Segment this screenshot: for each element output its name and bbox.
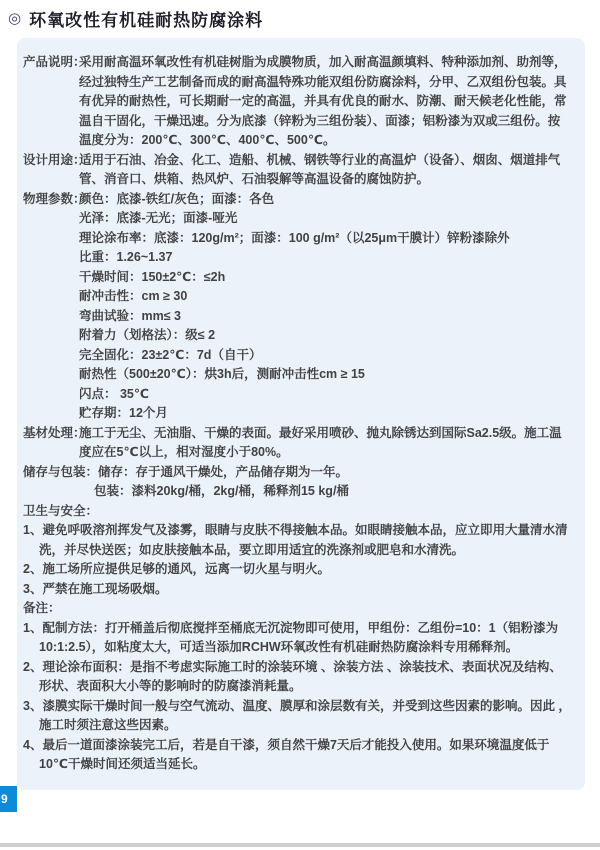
physical-param-line: 附着力（划格法）：级≤ 2 [79,326,571,346]
substrate-treatment-label: 基材处理： [23,424,86,444]
substrate-treatment-text: 施工于无尘、无油脂、干燥的表面。最好采用喷砂、抛丸除锈达到国际Sa2.5级。施工… [79,426,562,460]
physical-param-line: 耐热性（500±20℃）：烘3h后，测耐冲击性cm ≥ 15 [79,365,571,385]
storage-packaging-label: 储存与包装： [23,465,98,479]
physical-param-line: 比重：1.26~1.37 [79,248,571,268]
physical-params-label: 物理参数： [23,190,86,210]
section-bullet-icon: ◎ [8,11,21,26]
footer-bar [0,843,600,847]
physical-param-line: 光泽：底漆-无光；面漆-哑光 [79,209,571,229]
page-title: 环氧改性有机硅耐热防腐涂料 [29,6,263,31]
content-panel: 产品说明： 采用耐高温环氧改性有机硅树脂为成膜物质，加入耐高温颜填料、特种添加剂… [17,38,585,790]
design-use-text: 适用于石油、冶金、化工、造船、机械、钢铁等行业的高温炉（设备）、烟囱、烟道排气管… [79,153,560,187]
physical-param-line: 理论涂布率：底漆：120g/m²；面漆：100 g/m²（以25μm干膜计）锌粉… [79,229,571,249]
packaging-line: 包装：漆料20kg/桶，2kg/桶，稀释剂15 kg/桶 [23,482,571,502]
section-substrate-treatment: 基材处理： 施工于无尘、无油脂、干燥的表面。最好采用喷砂、抛丸除锈达到国际Sa2… [23,424,571,463]
section-physical-params: 物理参数： 颜色：底漆-铁红/灰色；面漆：各色 光泽：底漆-无光；面漆-哑光 理… [23,190,571,424]
section-design-use: 设计用途： 适用于石油、冶金、化工、造船、机械、钢铁等行业的高温炉（设备）、烟囱… [23,151,571,190]
safety-heading: 卫生与安全： [23,502,571,522]
storage-line: 储存：存于通风干燥处，产品储存期为一年。 [98,465,348,479]
page-header: ◎ 环氧改性有机硅耐热防腐涂料 [8,6,590,31]
section-product-description: 产品说明： 采用耐高温环氧改性有机硅树脂为成膜物质，加入耐高温颜填料、特种添加剂… [23,53,571,151]
safety-item: 2、施工场所应提供足够的通风，远离一切火星与明火。 [23,560,571,580]
physical-param-line: 耐冲击性：cm ≥ 30 [79,287,571,307]
note-item: 2、理论涂布面积：是指不考虑实际施工时的涂装环境 、涂装方法 、涂装技术、表面状… [23,658,571,697]
physical-param-line: 颜色：底漆-铁红/灰色；面漆：各色 [79,190,571,210]
safety-item: 1、避免呼吸溶剂挥发气及漆雾，眼睛与皮肤不得接触本品。如眼睛接触本品，应立即用大… [23,521,571,560]
note-item: 3、漆膜实际干燥时间一般与空气流动、温度、膜厚和涂层数有关，并受到这些因素的影响… [23,697,571,736]
physical-param-line: 干燥时间：150±2℃：≤2h [79,268,571,288]
product-description-label: 产品说明： [23,53,86,73]
note-item: 4、最后一道面漆涂装完工后，若是自干漆，须自然干燥7天后才能投入使用。如果环境温… [23,736,571,775]
section-storage-packaging: 储存与包装：储存：存于通风干燥处，产品储存期为一年。 包装：漆料20kg/桶，2… [23,463,571,502]
safety-item: 3、严禁在施工现场吸烟。 [23,580,571,600]
page-number-tab: 9 [0,786,17,812]
physical-param-line: 闪点： 35℃ [79,385,571,405]
design-use-label: 设计用途： [23,151,86,171]
notes-heading: 备注： [23,599,571,619]
physical-param-line: 完全固化：23±2℃：7d（自干） [79,346,571,366]
physical-param-line: 弯曲试验：mm≤ 3 [79,307,571,327]
physical-param-line: 贮存期：12个月 [79,404,571,424]
note-item: 1、配制方法：打开桶盖后彻底搅拌至桶底无沉淀物即可使用，甲组份：乙组份=10：1… [23,619,571,658]
product-description-text: 采用耐高温环氧改性有机硅树脂为成膜物质，加入耐高温颜填料、特种添加剂、助剂等，经… [79,55,567,147]
